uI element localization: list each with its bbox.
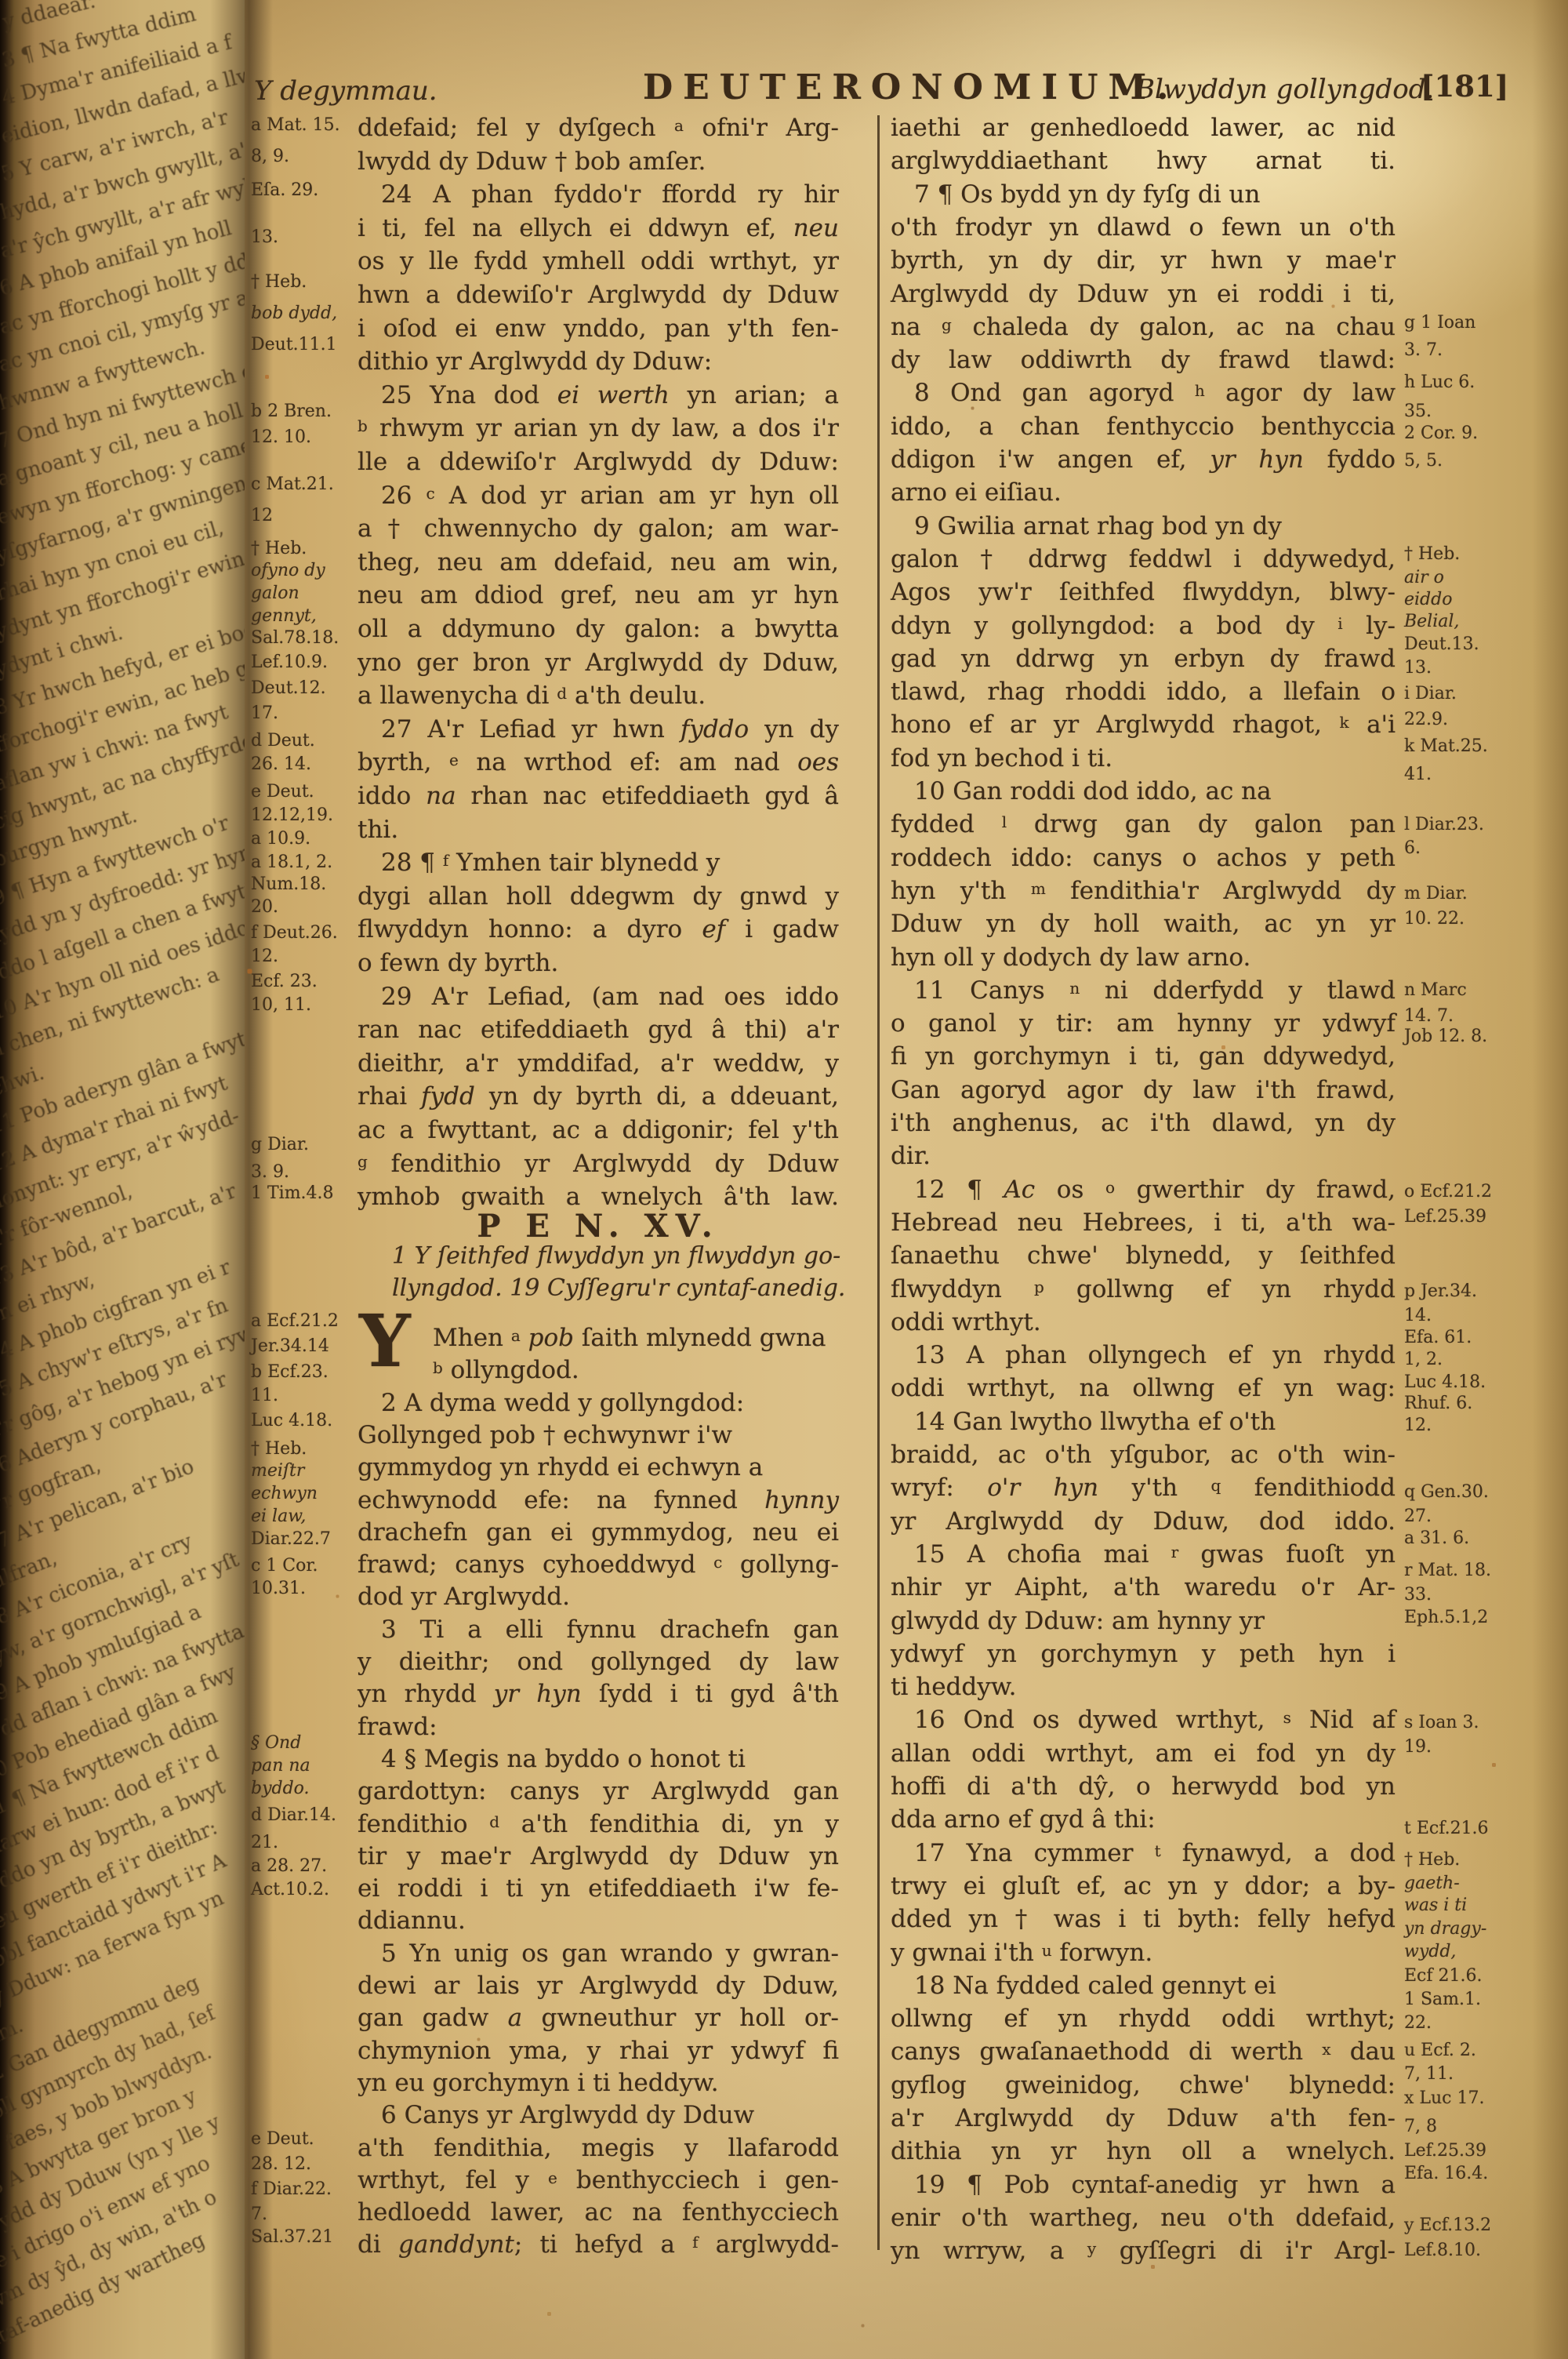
text-line: ac a fwyttant, ac a ddigonir; fel y'th xyxy=(358,1114,839,1146)
text-line: 24 A phan fyddo'r ffordd ry hir xyxy=(358,179,839,210)
text-line: ddiannu. xyxy=(358,1905,839,1936)
margin-note: 10, 11. xyxy=(251,995,356,1015)
text-line: yr Arglwydd dy Dduw, dod iddo. xyxy=(891,1506,1396,1537)
text-line: 13 A phan ollyngech ef yn rhydd xyxy=(891,1339,1396,1371)
text-line: 29 A'r Lefiad, (am nad oes iddo xyxy=(358,981,839,1012)
margin-note: echwyn xyxy=(251,1484,356,1503)
text-line: y gwnai i'th u forwyn. xyxy=(891,1937,1396,1968)
text-line: chymynion yma, y rhai yr ydwyf fi xyxy=(358,2035,839,2066)
margin-note: 12 xyxy=(251,506,356,525)
margin-note: Deut.12. xyxy=(251,678,356,698)
text-line: 14 Gan lwytho llwytha ef o'th xyxy=(891,1406,1396,1438)
text-line: hono ef ar yr Arglwydd rhagot, k a'i xyxy=(891,709,1396,740)
text-line: trwy ei gluſt ef, ac yn y ddor; a by- xyxy=(891,1870,1396,1902)
text-line: 10 Gan roddi dod iddo, ac na xyxy=(891,776,1396,807)
text-line: dygi allan holl ddegwm dy gnwd y xyxy=(358,881,839,912)
margin-note: Deut.11.1 xyxy=(251,335,356,354)
text-line: ymhob gwaith a wnelych â'th law. xyxy=(358,1181,839,1212)
margin-note: c Mat.21. xyxy=(251,474,356,494)
margin-note: Diar.22.7 xyxy=(251,1529,356,1549)
margin-note: a 10.9. xyxy=(251,829,356,849)
text-line: y dieithr; ond gollynged dy law xyxy=(358,1646,839,1677)
margin-note: pan na xyxy=(251,1756,356,1776)
text-line: di ganddynt; ti hefyd a f arglwydd- xyxy=(358,2229,839,2260)
margin-note: e Deut. xyxy=(251,2129,356,2149)
text-line: g fendithio yr Arglwydd dy Dduw xyxy=(358,1148,839,1179)
text-line: 18 Na fydded caled gennyt ei xyxy=(891,1970,1396,2001)
text-line: frawd; canys cyhoeddwyd c gollyng- xyxy=(358,1549,839,1580)
text-line: hyn y'th m fendithia'r Arglwydd dy xyxy=(891,875,1396,907)
text-line: 5 Yn unig os gan wrando y gwran- xyxy=(358,1938,839,1969)
text-line: canys gwaſanaethodd di werth x dau xyxy=(891,2036,1396,2067)
margin-note: b Ecf.23. xyxy=(251,1362,356,1382)
margin-note: meiſtr xyxy=(251,1461,356,1481)
text-line: os y lle fydd ymhell oddi wrthyt, yr xyxy=(358,245,839,277)
text-line: echwynodd efe: na fynned hynny xyxy=(358,1485,839,1516)
margin-note: Act.10.2. xyxy=(251,1880,356,1899)
text-line: b ollyngdod. xyxy=(433,1354,839,1386)
page-number: [181] xyxy=(1421,69,1508,104)
text-line: 3 Ti a elli fynnu drachefn gan xyxy=(358,1614,839,1645)
text-line: 7 ¶ Os bydd yn dy fyſg di un xyxy=(891,179,1396,210)
text-line: 4 § Megis na byddo o honot ti xyxy=(358,1743,839,1775)
text-line: lwydd dy Dduw † bob amſer. xyxy=(358,146,839,177)
text-line: hoffi di a'th dŷ, o herwydd bod yn xyxy=(891,1771,1396,1802)
text-line: tir y mae'r Arglwydd dy Dduw yn xyxy=(358,1841,839,1872)
text-line: Arglwydd dy Dduw yn ei roddi i ti, xyxy=(891,278,1396,310)
margin-note: 12. 10. xyxy=(251,427,356,447)
page-right-edge-shade xyxy=(1532,0,1568,2359)
margin-note: ofyno dy xyxy=(251,561,356,580)
text-line: dir. xyxy=(891,1140,1396,1172)
margin-note: 20. xyxy=(251,897,356,917)
text-line: ddigon i'w angen ef, yr hyn fyddo xyxy=(891,444,1396,475)
text-line: oll a ddymuno dy galon: a bwytta xyxy=(358,613,839,645)
margin-note: 3. 9. xyxy=(251,1162,356,1182)
margin-note: 12. xyxy=(251,947,356,966)
text-line: yno ger bron yr Arglwydd dy Dduw, xyxy=(358,647,839,678)
previous-page-curled-edge: y ddaear.3 ¶ Na fwytta ddim4 Dyma'r anif… xyxy=(0,0,245,2359)
text-line: Agos yw'r ſeithfed flwyddyn, blwy- xyxy=(891,576,1396,608)
margin-note: 11. xyxy=(251,1386,356,1405)
text-line: drachefn gan ei gymmydog, neu ei xyxy=(358,1517,839,1548)
text-line: 12 ¶ Ac os o gwerthir dy frawd, xyxy=(891,1174,1396,1205)
margin-note: Sal.78.18. xyxy=(251,628,356,648)
text-line: gan gadw a gwneuthur yr holl or- xyxy=(358,2002,839,2034)
text-line: allan oddi wrthyt, am ei fod yn dy xyxy=(891,1738,1396,1769)
text-line: flwyddyn p gollwng ef yn rhydd xyxy=(891,1274,1396,1305)
text-line: ſanaethu chwe' blynedd, y ſeithfed xyxy=(891,1240,1396,1271)
text-line: thi. xyxy=(358,814,839,845)
text-line: gad yn ddrwg yn erbyn dy frawd xyxy=(891,643,1396,674)
text-line: 28 ¶ f Ymhen tair blynedd y xyxy=(358,847,839,878)
text-line: o fewn dy byrth. xyxy=(358,947,839,979)
text-line: iddo na rhan nac etifeddiaeth gyd â xyxy=(358,780,839,812)
text-line: 2 A dyma wedd y gollyngdod: xyxy=(358,1387,839,1419)
text-line: yn wrryw, a y gyſſegri di i'r Argl- xyxy=(891,2235,1396,2266)
text-line: theg, neu am ddefaid, neu am win, xyxy=(358,547,839,578)
text-line: dieithr, a'r ymddifad, a'r weddw, y xyxy=(358,1048,839,1079)
chapter-heading: P E N. XV. xyxy=(358,1208,839,1245)
text-line: ran nac etifeddiaeth gyd â thi) a'r xyxy=(358,1014,839,1045)
text-line: a'r Arglwydd dy Dduw a'th fen- xyxy=(891,2103,1396,2134)
margin-note: c 1 Cor. xyxy=(251,1556,356,1576)
text-line: 26 c A dod yr arian am yr hyn oll xyxy=(358,480,839,511)
running-title-right: Blwyddyn gollyngdod. xyxy=(1135,74,1434,105)
text-line: 15 A chofia mai r gwas fuoſt yn xyxy=(891,1539,1396,1570)
text-line: flwyddyn honno: a dyro ef i gadw xyxy=(358,914,839,945)
text-line: arno ei eiſiau. xyxy=(891,477,1396,508)
text-line: o'th frodyr yn dlawd o fewn un o'th xyxy=(891,212,1396,243)
text-line: b rhwym yr arian yn dy law, a dos i'r xyxy=(358,413,839,444)
margin-note: 26. 14. xyxy=(251,754,356,774)
text-line: braidd, ac o'th yſgubor, ac o'th win- xyxy=(891,1439,1396,1470)
text-line: 9 Gwilia arnat rhag bod yn dy xyxy=(891,511,1396,542)
margin-note: 7. xyxy=(251,2205,356,2224)
margin-note: d Diar.14. xyxy=(251,1805,356,1825)
margin-note: 21. xyxy=(251,1833,356,1852)
text-line: 19 ¶ Pob cyntaf-anedig yr hwn a xyxy=(891,2169,1396,2201)
paper-specks xyxy=(0,0,1,1)
margin-note: Luc 4.18. xyxy=(251,1411,356,1430)
column-divider-rule xyxy=(877,115,880,2250)
page-title: DEUTERONOMIUM. xyxy=(643,67,1129,107)
text-line: i oſod ei enw ynddo, pan y'th fen- xyxy=(358,313,839,344)
text-line: 16 Ond os dywed wrthyt, s Nid af xyxy=(891,1704,1396,1736)
text-line: fod yn bechod i ti. xyxy=(891,743,1396,774)
text-line: ei roddi i ti yn etifeddiaeth i'w fe- xyxy=(358,1873,839,1904)
margin-note: 12.12,19. xyxy=(251,805,356,825)
text-line: dithio yr Arglwydd dy Dduw: xyxy=(358,346,839,377)
text-line: dy law oddiwrth dy frawd tlawd: xyxy=(891,344,1396,376)
text-line: nhir yr Aipht, a'th waredu o'r Ar- xyxy=(891,1572,1396,1603)
text-line: i'th anghenus, ac i'th dlawd, yn dy xyxy=(891,1107,1396,1139)
margin-note: Eſa. 29. xyxy=(251,180,356,200)
text-line: dded yn † was i ti byth: felly hefyd xyxy=(891,1903,1396,1935)
text-line: frawd: xyxy=(358,1711,839,1743)
text-line: byrth, e na wrthod ef: am nad oes xyxy=(358,747,839,778)
margin-note: byddo. xyxy=(251,1779,356,1798)
margin-note: a 18.1, 2. xyxy=(251,852,356,872)
margin-note: 17. xyxy=(251,703,356,723)
text-line: iaethi ar genhedloedd lawer, ac nid xyxy=(891,112,1396,144)
text-line: byrth, yn dy dir, yr hwn y mae'r xyxy=(891,245,1396,276)
margin-note: f Diar.22. xyxy=(251,2179,356,2199)
text-line: enir o'th wartheg, neu o'th ddefaid, xyxy=(891,2202,1396,2234)
text-line: Mhen a pob ſaith mlynedd gwna xyxy=(433,1322,839,1354)
text-line: iddo, a chan fenthyccio benthyccia xyxy=(891,411,1396,442)
text-line: ti heddyw. xyxy=(891,1671,1396,1703)
text-line: wrthyt, fel y e benthycciech i gen- xyxy=(358,2165,839,2196)
running-title-left: Y degymmau. xyxy=(254,75,437,107)
text-line: arglwyddiaethant hwy arnat ti. xyxy=(891,145,1396,176)
text-line: lle a ddewiſo'r Arglwydd dy Dduw: xyxy=(358,446,839,478)
text-line: gyflog gweinidog, chwe' blynedd: xyxy=(891,2070,1396,2101)
margin-note: a Mat. 15. xyxy=(251,115,356,135)
text-line: fi yn gorchymyn i ti, gan ddywedyd, xyxy=(891,1041,1396,1072)
text-line: fydded l drwg gan dy galon pan xyxy=(891,809,1396,840)
margin-note: 28. 12. xyxy=(251,2154,356,2174)
margin-note: g Diar. xyxy=(251,1135,356,1154)
text-line: Hebread neu Hebrees, i ti, a'th wa- xyxy=(891,1207,1396,1238)
margin-note: † Heb. xyxy=(251,272,356,292)
margin-note: f Deut.26. xyxy=(251,923,356,943)
text-line: rhai fydd yn dy byrth di, a ddeuant, xyxy=(358,1081,839,1112)
text-line: dda arno ef gyd â thi: xyxy=(891,1804,1396,1835)
text-line: oddi wrthyt. xyxy=(891,1307,1396,1338)
text-line: oddi wrthyt, na ollwng ef yn wag: xyxy=(891,1372,1396,1404)
text-line: gardottyn: canys yr Arglwydd gan xyxy=(358,1776,839,1807)
margin-note: 1 Tim.4.8 xyxy=(251,1183,356,1203)
margin-note: d Deut. xyxy=(251,731,356,751)
text-line: Gan agoryd agor dy law i'th frawd, xyxy=(891,1074,1396,1106)
margin-note: b 2 Bren. xyxy=(251,402,356,421)
margin-note: Lef.10.9. xyxy=(251,652,356,672)
text-line: glwydd dy Dduw: am hynny yr xyxy=(891,1605,1396,1637)
margin-note: 8, 9. xyxy=(251,147,356,166)
margin-note: a 28. 27. xyxy=(251,1856,356,1876)
chapter-summary-line: 1 Y ſeithfed flwyddyn yn flwyddyn go- xyxy=(392,1242,855,1270)
text-line: a llawenycha di d a'th deulu. xyxy=(358,680,839,711)
text-line: i ti, fel na ellych ei ddwyn ef, neu xyxy=(358,213,839,244)
margin-note: Num.18. xyxy=(251,874,356,894)
margin-note: Ecf. 23. xyxy=(251,972,356,991)
text-line: 17 Yna cymmer t fynawyd, a dod xyxy=(891,1837,1396,1869)
drop-cap-initial: Y xyxy=(359,1305,411,1377)
margin-note: a Ecf.21.2 xyxy=(251,1311,356,1331)
text-line: ollwng ef yn rhydd oddi wrthyt; xyxy=(891,2003,1396,2034)
margin-note: 10.31. xyxy=(251,1579,356,1598)
text-line: ddefaid; fel y dyſgech a ofni'r Arg- xyxy=(358,112,839,144)
margin-note: galon xyxy=(251,583,356,603)
text-line: 27 A'r Lefiad yr hwn fyddo yn dy xyxy=(358,714,839,745)
margin-note: bob dydd, xyxy=(251,304,356,323)
text-line: o ganol y tir: am hynny yr ydwyf xyxy=(891,1008,1396,1039)
text-line: wryf: o'r hyn y'th q fendithiodd xyxy=(891,1472,1396,1503)
margin-note: † Heb. xyxy=(251,539,356,558)
text-line: tlawd, rhag rhoddi iddo, a llefain o xyxy=(891,676,1396,707)
text-line: a'th fendithia, megis y llafarodd xyxy=(358,2132,839,2164)
text-line: Gollynged pob † echwynwr i'w xyxy=(358,1419,839,1451)
margin-note: Jer.34.14 xyxy=(251,1336,356,1356)
margin-note: † Heb. xyxy=(251,1439,356,1459)
text-line: neu am ddiod gref, neu am yr hyn xyxy=(358,580,839,611)
text-line: roddech iddo: canys o achos y peth xyxy=(891,842,1396,874)
text-line: 11 Canys n ni dderfydd y tlawd xyxy=(891,975,1396,1006)
text-line: 6 Canys yr Arglwydd dy Dduw xyxy=(358,2099,839,2131)
text-line: ydwyf yn gorchymyn y peth hyn i xyxy=(891,1638,1396,1670)
margin-note: gennyt, xyxy=(251,606,356,626)
text-line: yn eu gorchymyn i ti heddyw. xyxy=(358,2067,839,2099)
text-line: dod yr Arglwydd. xyxy=(358,1581,839,1612)
text-line: gymmydog yn rhydd ei echwyn a xyxy=(358,1452,839,1483)
margin-note: e Deut. xyxy=(251,782,356,801)
text-line: galon † ddrwg feddwl i ddywedyd, xyxy=(891,543,1396,575)
chapter-summary-line: llyngdod. 19 Cyſſegru'r cyntaf-anedig. xyxy=(392,1274,855,1302)
text-line: a † chwennycho dy galon; am war- xyxy=(358,513,839,544)
text-line: 25 Yna dod ei werth yn arian; a xyxy=(358,380,839,411)
text-line: hwn a ddewiſo'r Arglwydd dy Dduw xyxy=(358,279,839,311)
margin-note: 13. xyxy=(251,227,356,247)
text-line: hyn oll y dodych dy law arno. xyxy=(891,942,1396,973)
text-line: fendithio d a'th fendithia di, yn y xyxy=(358,1808,839,1840)
text-line: hedloedd lawer, ac na fenthycciech xyxy=(358,2197,839,2228)
text-line: ddyn y gollyngdod: a bod dy i ly- xyxy=(891,610,1396,642)
text-line: 8 Ond gan agoryd h agor dy law xyxy=(891,377,1396,409)
text-line: yn rhydd yr hyn ſydd i ti gyd â'th xyxy=(358,1678,839,1710)
scanned-bible-page: { "colors": { "ink": "#3b2a18", "paper":… xyxy=(0,0,1568,2359)
text-line: dithia yn yr hyn oll a wnelych. xyxy=(891,2135,1396,2167)
text-line: na g chaleda dy galon, ac na chau xyxy=(891,311,1396,343)
margin-note: Sal.37.21 xyxy=(251,2227,356,2247)
margin-note: § Ond xyxy=(251,1733,356,1753)
text-line: Dduw yn dy holl waith, ac yn yr xyxy=(891,908,1396,940)
text-line: dewi ar lais yr Arglwydd dy Dduw, xyxy=(358,1970,839,2001)
margin-note: ei law, xyxy=(251,1507,356,1526)
